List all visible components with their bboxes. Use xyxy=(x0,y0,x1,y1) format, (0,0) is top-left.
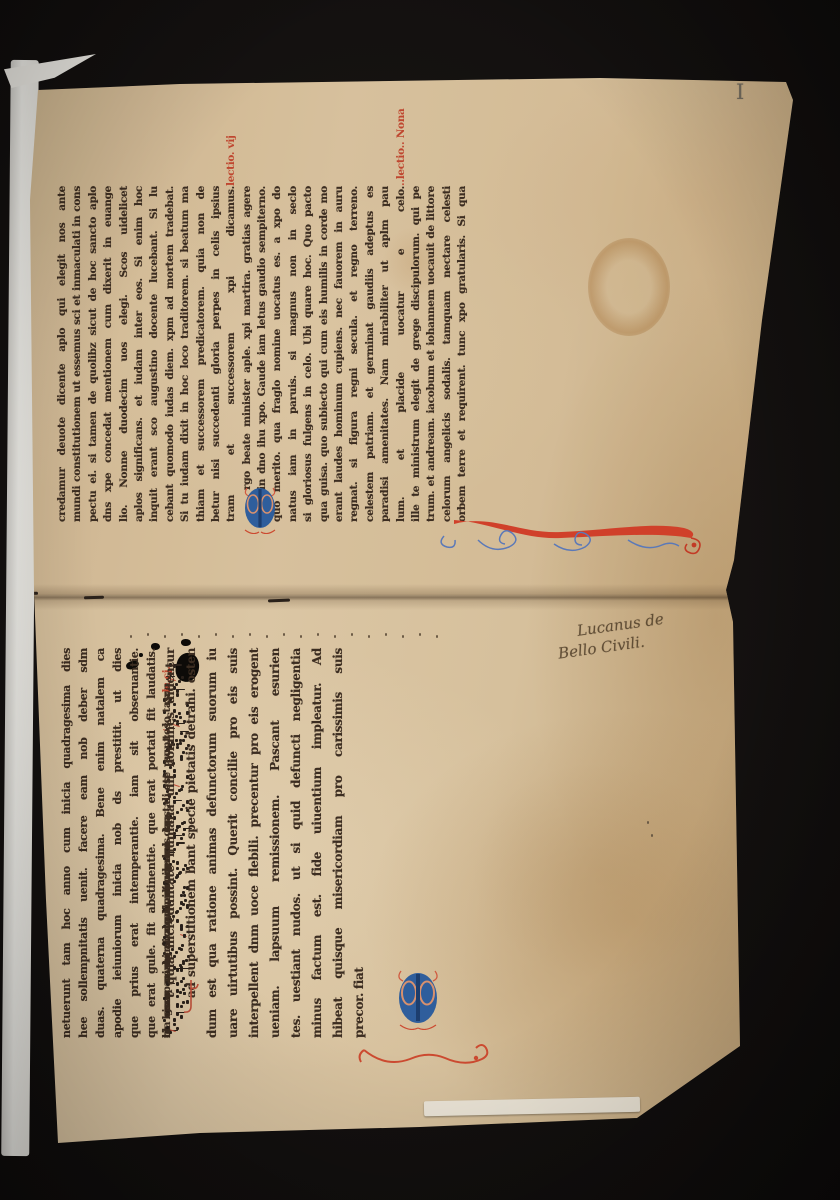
text-line: paradisi amenitates. Nam mirabiliter ut … xyxy=(378,186,393,522)
parchment-page: credamur deuote dicente aplo qui elegit … xyxy=(0,0,840,1200)
pricking-hole xyxy=(317,633,319,636)
text-line: t quia incredulitate humana uili homines… xyxy=(160,648,181,1038)
text-line: tes. uestiant nudos. ut si quid defuncti… xyxy=(286,648,307,1038)
pricking-hole xyxy=(436,635,438,638)
text-line: cebant quomodo iudas diem. xpm ad mortem… xyxy=(163,186,178,522)
text-line: regnat. si figura regni secula. et regno… xyxy=(347,186,362,522)
text-line: lum. et placide uocatur e celo. ..lectio… xyxy=(394,186,409,522)
pricking-hole xyxy=(647,821,649,824)
text-line: aplos significans. et iudam inter eos. S… xyxy=(132,186,147,522)
text-line: tram et successorem xpi dicamus. lectio.… xyxy=(224,186,239,522)
pricking-hole xyxy=(385,633,387,636)
text-line: qua guisa. quo subiecto qui cum eis humi… xyxy=(317,186,332,522)
text-line: rgo beate minister aple. xpi martira. gr… xyxy=(240,186,255,522)
prose-upper: netuerunt tam hoc anno cum inicia quadra… xyxy=(58,648,160,1038)
text-line: erant laudes hominum cupiens. nec fauore… xyxy=(332,186,347,522)
pricking-hole xyxy=(334,635,336,638)
text-line: netuerunt tam hoc anno cum inicia quadra… xyxy=(58,648,75,1038)
pricking-hole xyxy=(651,834,653,837)
text-line: precor. fiat xyxy=(349,648,370,1038)
text-line: trum. et andream. iacobum et iohannem uo… xyxy=(424,186,439,522)
text-line: dns xpe concedat mentionem cum dixerit i… xyxy=(101,186,116,522)
text-line: celorum angelicis sodalis. tamquam necta… xyxy=(440,186,455,522)
rubric: ..lectio.. Nona xyxy=(394,108,409,186)
pricking-hole xyxy=(164,635,166,638)
text-line: mundi constitutionem ut essemus sci et i… xyxy=(70,186,85,522)
text-line: interpellent dnm uoce flebili. precentur… xyxy=(244,648,265,1038)
manuscript-photo: credamur deuote dicente aplo qui elegit … xyxy=(0,0,840,1200)
pricking-hole xyxy=(368,635,370,638)
text-line: pectu ei. si tamen de quolibz sicut de h… xyxy=(86,186,101,522)
text-line: que prius erat intemperantie. iam sit ob… xyxy=(126,648,143,1038)
pricking-hole xyxy=(266,635,268,638)
text-line: ueniam. lapsuum remissionem. Pascant esu… xyxy=(265,648,286,1038)
illuminated-initial-e-top xyxy=(243,484,277,534)
text-line: dum est qua ratione animas defunctorum s… xyxy=(202,648,223,1038)
text-line: uare uirtutibus possint. Querit concilie… xyxy=(223,648,244,1038)
pen-flourish-line-filler xyxy=(436,494,716,558)
text-line: natus iam in paruis. si magnus non in se… xyxy=(286,186,301,522)
pen-flourish-bottom xyxy=(354,1018,498,1076)
text-line: hibeat quisque misericordiam pro carissi… xyxy=(328,648,349,1038)
text-line: minus factum est. fide uiuentium impleat… xyxy=(307,648,328,1038)
red-paraph-mark xyxy=(182,978,200,1016)
text-line: orbem terre et requirent. tunc xpo gratu… xyxy=(455,186,470,522)
text-line: hee sollempnitatis uenit. facere eam nob… xyxy=(75,648,92,1038)
rubric: lectio. vij xyxy=(224,135,239,186)
text-line: apodie ieiuniorum inicia nob ds prestiti… xyxy=(109,648,126,1038)
text-line: credamur deuote dicente aplo qui elegit … xyxy=(55,186,70,522)
pricking-hole xyxy=(181,633,183,636)
top-text-block: credamur deuote dicente aplo qui elegit … xyxy=(55,186,471,522)
stain xyxy=(588,238,670,336)
pricking-hole xyxy=(351,633,353,636)
ink-blot xyxy=(181,639,191,646)
text-line: in dno ihu xpo. Gaude iam letus gaudio s… xyxy=(255,186,270,522)
pricking-hole xyxy=(249,633,251,636)
pricking-hole xyxy=(283,633,285,636)
pricking-hole xyxy=(198,635,200,638)
text-line: thiam et successorem predicatorem. quia … xyxy=(194,186,209,522)
bottom-text-block: netuerunt tam hoc anno cum inicia quadra… xyxy=(58,648,610,1038)
text-line: que erat gule. fit abstinentie. que erat… xyxy=(143,648,160,1038)
pricking-hole xyxy=(419,633,421,636)
tape-strip xyxy=(424,1097,640,1117)
pricking-hole xyxy=(232,635,234,638)
pricking-hole xyxy=(130,635,132,638)
pricking-hole xyxy=(402,635,404,638)
text-line: duas. quaterna quadragesima. Bene enim n… xyxy=(92,648,109,1038)
text-line: celestem patriam. et germinat gaudiis ad… xyxy=(363,186,378,522)
pricking-hole xyxy=(147,633,149,636)
pricking-hole xyxy=(300,635,302,638)
text-line: quo merito. qua fraglo nomine uocatus es… xyxy=(270,186,285,522)
fold-crease xyxy=(28,584,732,610)
text-line: lio. Nonne duodecim uos elegi. Scos uide… xyxy=(117,186,132,522)
text-line: betur nisi succedenti gloria perpes in c… xyxy=(209,186,224,522)
text-line: Si tu iudam dixit in hoc loco traditorem… xyxy=(178,186,193,522)
text-line: inquit erant sco augustino docente luceb… xyxy=(147,186,162,522)
folio-number: I xyxy=(736,80,744,104)
text-line: si gloriosus fulgens in celo. Ubi quare … xyxy=(301,186,316,522)
pricking-hole xyxy=(215,633,217,636)
text-line: ille te ministrum elegit de grege discip… xyxy=(409,186,424,522)
